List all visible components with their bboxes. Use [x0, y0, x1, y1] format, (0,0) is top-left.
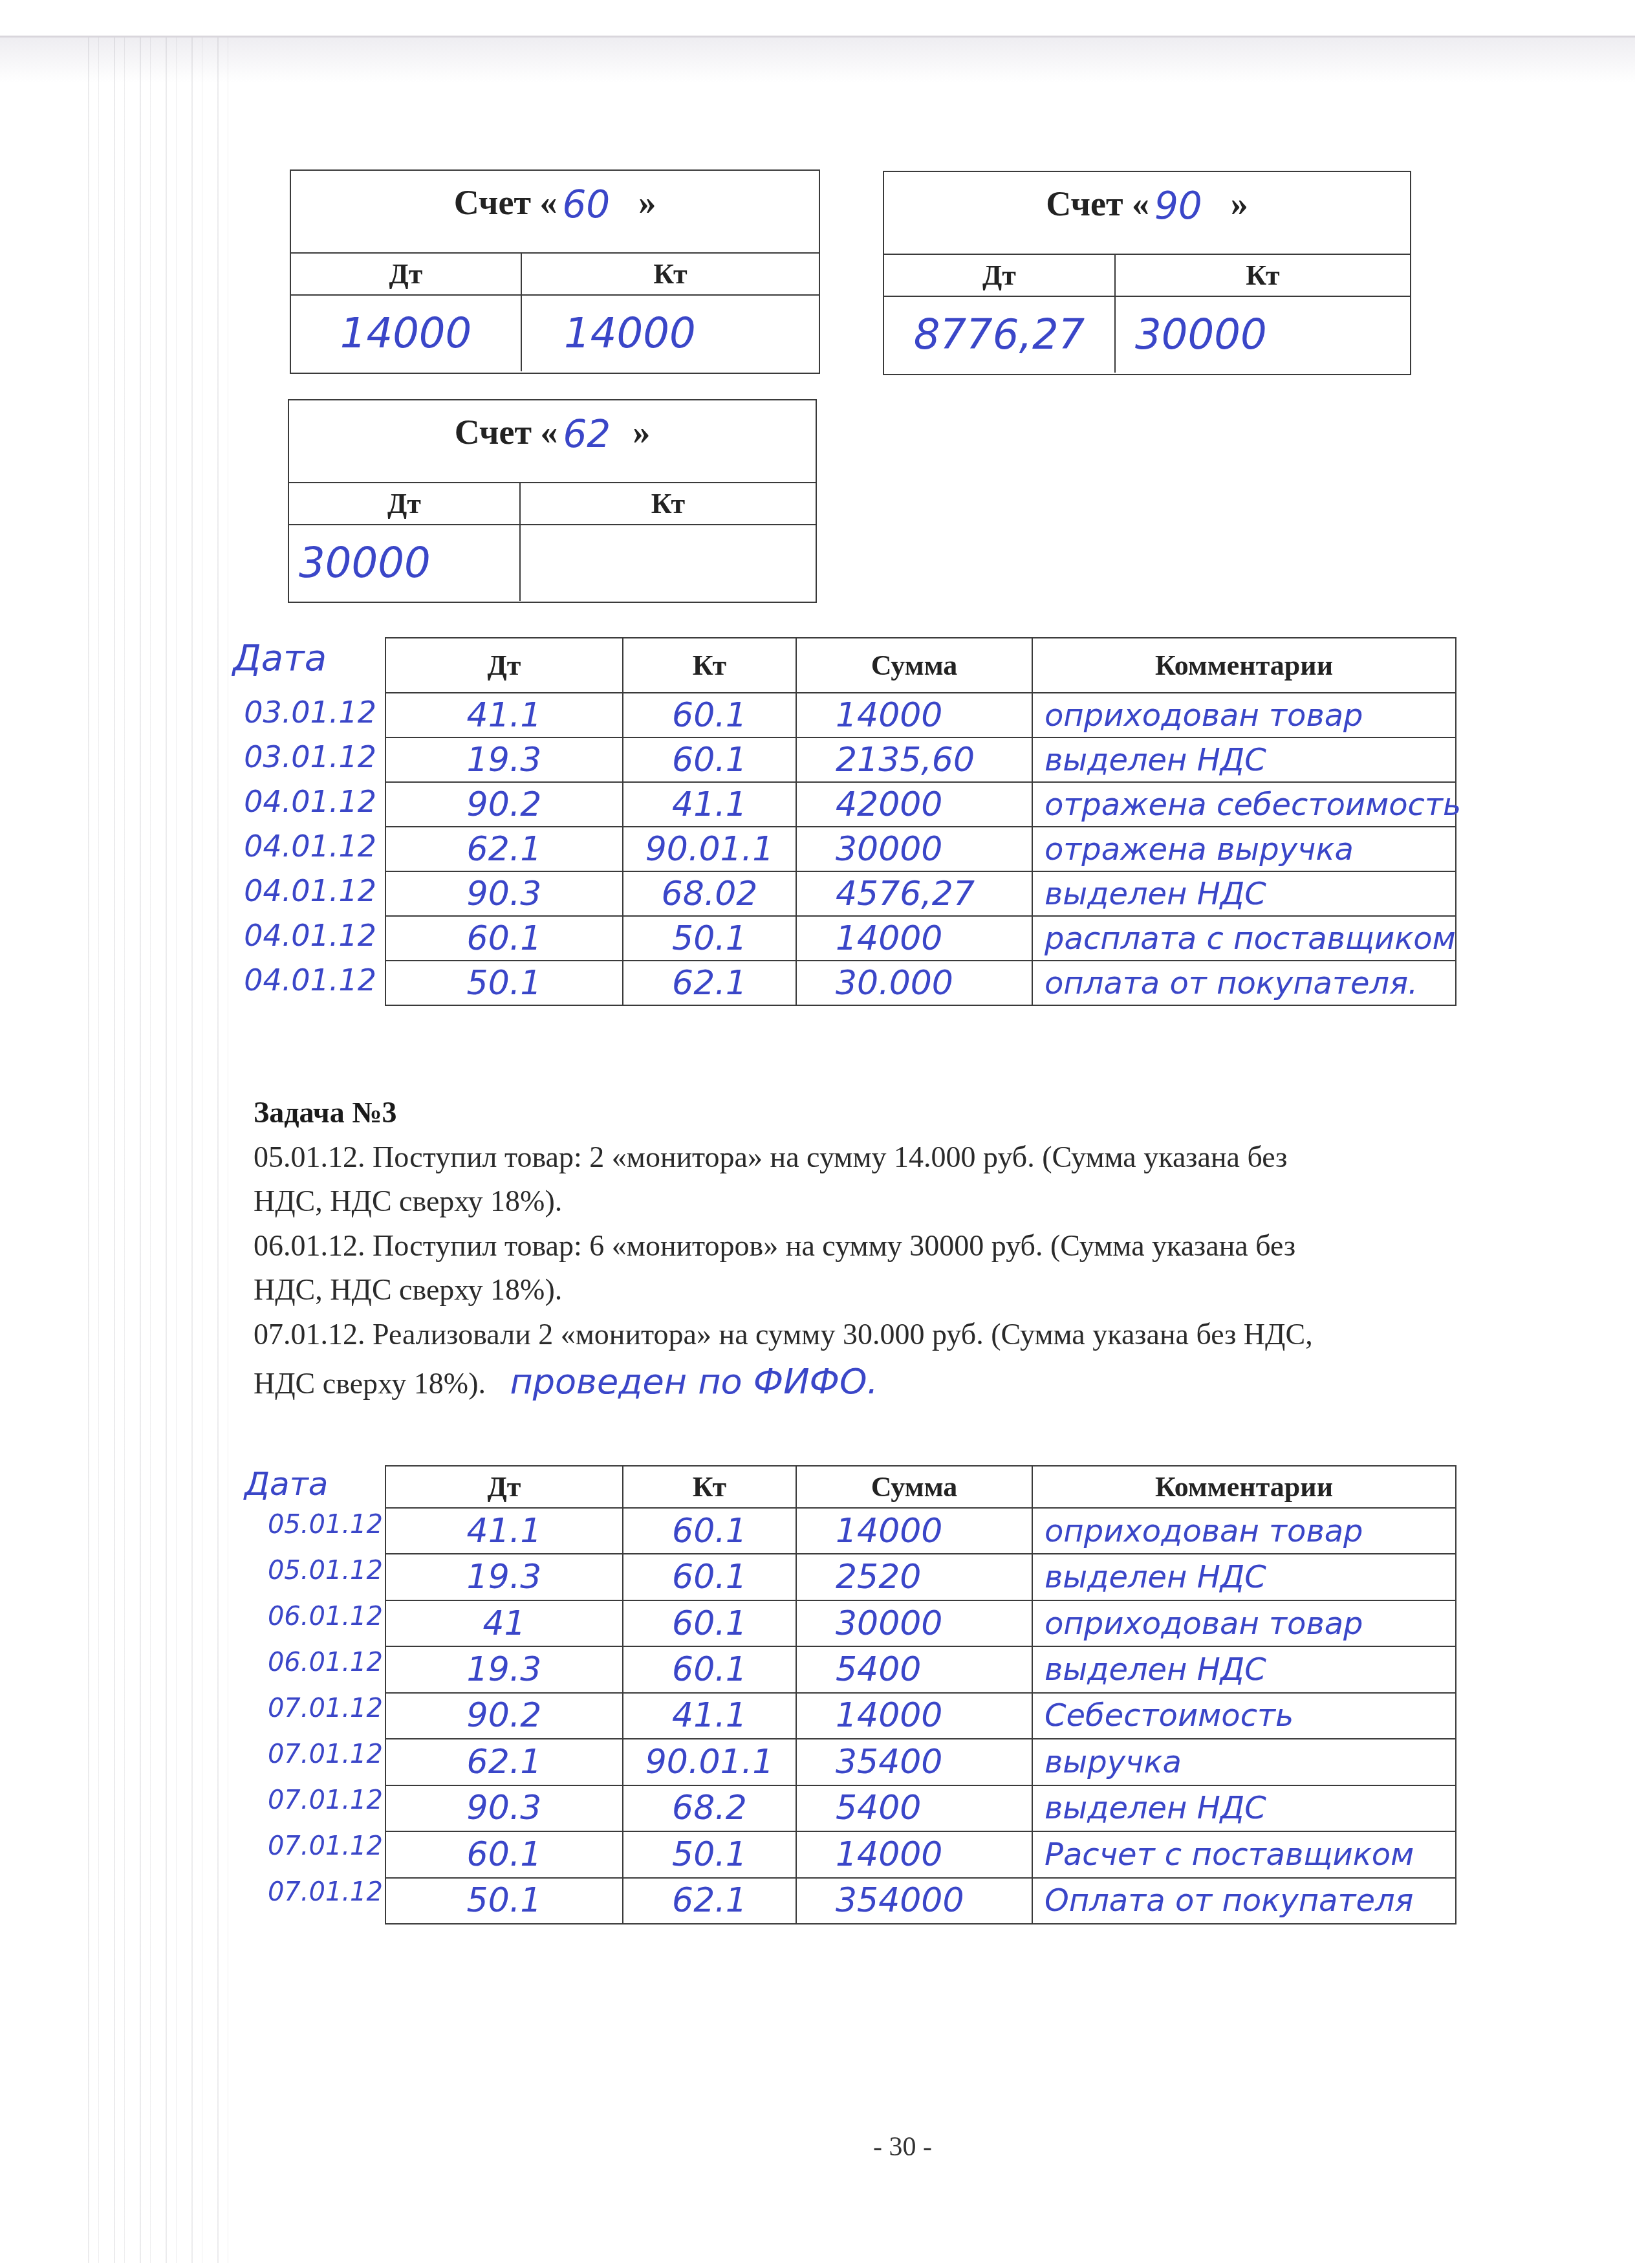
cell-comment: оприходован товар — [1032, 1600, 1456, 1646]
row-date: 03.01.12 — [244, 695, 376, 730]
task-line: НДС, НДС сверху 18%). — [254, 1184, 562, 1218]
task-line: 05.01.12. Поступил товар: 2 «монитора» н… — [254, 1140, 1287, 1174]
cell-dt: 19.3 — [385, 1554, 623, 1600]
cell-kt: 62.1 — [623, 1878, 796, 1925]
t-account-values-row: 30000 — [289, 525, 816, 601]
journal2-dates: 05.01.1205.01.1206.01.1206.01.1207.01.12… — [233, 1507, 383, 1925]
cell-sum: 5400 — [796, 1785, 1032, 1831]
cell-kt: 60.1 — [623, 693, 796, 737]
debit-label: Дт — [291, 254, 522, 294]
cell-kt: 50.1 — [623, 1831, 796, 1877]
cell-comment: выделен НДС — [1032, 871, 1456, 916]
task-line-last: НДС сверху 18%). проведен по ФИФО. — [254, 1361, 878, 1402]
t-account-62: Счет « 62 » Дт Кт 30000 — [288, 399, 817, 603]
header-dt: Дт — [385, 1466, 623, 1508]
cell-kt: 90.01.1 — [623, 827, 796, 871]
t-account-values-row: 8776,27 30000 — [884, 297, 1410, 373]
journal-row: 50.162.130.000оплата от покупателя. — [385, 961, 1456, 1005]
cell-kt: 68.2 — [623, 1785, 796, 1831]
header-comment: Комментарии — [1032, 638, 1456, 693]
cell-dt: 50.1 — [385, 961, 623, 1005]
cell-kt: 90.01.1 — [623, 1739, 796, 1785]
cell-dt: 62.1 — [385, 1739, 623, 1785]
cell-sum: 42000 — [796, 782, 1032, 827]
journal2-table: Дт Кт Сумма Комментарии 41.160.114000опр… — [385, 1465, 1456, 1925]
cell-dt: 60.1 — [385, 916, 623, 961]
t-account-60: Счет « 60 » Дт Кт 14000 14000 — [290, 169, 820, 374]
journal-row: 90.241.114000Себестоимость — [385, 1693, 1456, 1739]
t-account-title: Счет « 62 » — [289, 400, 816, 483]
row-date: 04.01.12 — [244, 784, 376, 819]
cell-dt: 90.3 — [385, 871, 623, 916]
cell-comment: выделен НДС — [1032, 1785, 1456, 1831]
cell-sum: 14000 — [796, 1508, 1032, 1554]
task-line: НДС, НДС сверху 18%). — [254, 1272, 562, 1307]
cell-kt: 68.02 — [623, 871, 796, 916]
cell-comment: Оплата от покупателя — [1032, 1878, 1456, 1925]
page-number: - 30 - — [873, 2132, 932, 2163]
t-account-values-row: 14000 14000 — [291, 296, 819, 371]
cell-dt: 41 — [385, 1600, 623, 1646]
title-suffix: » — [638, 182, 656, 223]
header-comment: Комментарии — [1032, 1466, 1456, 1508]
header-kt: Кт — [623, 1466, 796, 1508]
cell-comment: оприходован товар — [1032, 1508, 1456, 1554]
task-line: 06.01.12. Поступил товар: 6 «мониторов» … — [254, 1228, 1295, 1263]
journal-row: 62.190.01.135400выручка — [385, 1739, 1456, 1785]
journal-row: 4160.130000оприходован товар — [385, 1600, 1456, 1646]
cell-dt: 60.1 — [385, 1831, 623, 1877]
account-number: 62 — [563, 412, 611, 456]
cell-kt: 62.1 — [623, 961, 796, 1005]
cell-kt: 60.1 — [623, 1508, 796, 1554]
cell-dt: 62.1 — [385, 827, 623, 871]
cell-comment: Расчет с поставщиком — [1032, 1831, 1456, 1877]
cell-dt: 41.1 — [385, 693, 623, 737]
journal-row: 60.150.114000расплата с поставщиком — [385, 916, 1456, 961]
t-account-header-row: Дт Кт — [884, 255, 1410, 297]
task-line: 07.01.12. Реализовали 2 «монитора» на су… — [254, 1317, 1313, 1351]
cell-sum: 35400 — [796, 1739, 1032, 1785]
task-line-text: НДС сверху 18%). — [254, 1367, 486, 1400]
cell-comment: оплата от покупателя. — [1032, 961, 1456, 1005]
cell-sum: 14000 — [796, 1693, 1032, 1739]
journal-row: 41.160.114000оприходован товар — [385, 693, 1456, 737]
cell-comment: выделен НДС — [1032, 1646, 1456, 1692]
handwritten-note: проведен по ФИФО. — [510, 1361, 878, 1402]
header-sum: Сумма — [796, 1466, 1032, 1508]
cell-kt: 41.1 — [623, 782, 796, 827]
title-prefix: Счет « — [1046, 184, 1149, 224]
cell-dt: 19.3 — [385, 1646, 623, 1692]
row-date: 07.01.12 — [268, 1877, 383, 1907]
title-suffix: » — [1231, 184, 1248, 224]
header-dt: Дт — [385, 638, 623, 693]
cell-comment: выручка — [1032, 1739, 1456, 1785]
cell-dt: 90.2 — [385, 782, 623, 827]
title-prefix: Счет « — [455, 412, 558, 452]
row-date: 04.01.12 — [244, 963, 376, 998]
journal-header-row: Дт Кт Сумма Комментарии — [385, 1466, 1456, 1508]
cell-comment: отражена себестоимость — [1032, 782, 1456, 827]
journal1-table: Дт Кт Сумма Комментарии 41.160.114000опр… — [385, 637, 1456, 1006]
row-date: 07.01.12 — [268, 1694, 383, 1723]
row-date: 07.01.12 — [268, 1831, 383, 1861]
debit-value: 14000 — [291, 296, 522, 371]
cell-kt: 60.1 — [623, 1554, 796, 1600]
credit-value: 30000 — [1116, 297, 1410, 373]
t-account-title: Счет « 90 » — [884, 172, 1410, 255]
cell-sum: 2520 — [796, 1554, 1032, 1600]
cell-sum: 5400 — [796, 1646, 1032, 1692]
row-date: 07.01.12 — [268, 1739, 383, 1769]
journal-row: 19.360.15400выделен НДС — [385, 1646, 1456, 1692]
debit-value: 8776,27 — [884, 297, 1116, 373]
journal-row: 41.160.114000оприходован товар — [385, 1508, 1456, 1554]
credit-value — [521, 525, 816, 601]
journal-row: 50.162.1354000Оплата от покупателя — [385, 1878, 1456, 1925]
journal-row: 90.368.25400выделен НДС — [385, 1785, 1456, 1831]
journal1-date-label: Дата — [233, 637, 327, 679]
row-date: 04.01.12 — [244, 873, 376, 908]
cell-dt: 90.3 — [385, 1785, 623, 1831]
row-date: 04.01.12 — [244, 918, 376, 953]
cell-sum: 14000 — [796, 916, 1032, 961]
t-account-90: Счет « 90 » Дт Кт 8776,27 30000 — [883, 171, 1411, 375]
journal-row: 90.368.024576,27выделен НДС — [385, 871, 1456, 916]
cell-comment: расплата с поставщиком — [1032, 916, 1456, 961]
journal-row: 60.150.114000Расчет с поставщиком — [385, 1831, 1456, 1877]
row-date: 07.01.12 — [268, 1785, 383, 1815]
row-date: 06.01.12 — [268, 1648, 383, 1677]
cell-sum: 2135,60 — [796, 737, 1032, 782]
row-date: 05.01.12 — [268, 1556, 383, 1586]
cell-comment: Себестоимость — [1032, 1693, 1456, 1739]
debit-label: Дт — [289, 483, 521, 524]
cell-dt: 41.1 — [385, 1508, 623, 1554]
cell-comment: выделен НДС — [1032, 1554, 1456, 1600]
journal-row: 90.241.142000отражена себестоимость — [385, 782, 1456, 827]
task-title: Задача №3 — [254, 1095, 396, 1129]
journal1-dates: 03.01.1203.01.1204.01.1204.01.1204.01.12… — [168, 692, 376, 1006]
credit-value: 14000 — [522, 296, 819, 371]
journal2-date-label: Дата — [244, 1465, 328, 1503]
row-date: 04.01.12 — [244, 829, 376, 864]
row-date: 05.01.12 — [268, 1510, 383, 1540]
debit-label: Дт — [884, 255, 1116, 296]
cell-sum: 30.000 — [796, 961, 1032, 1005]
credit-label: Кт — [1116, 255, 1410, 296]
cell-comment: оприходован товар — [1032, 693, 1456, 737]
cell-comment: отражена выручка — [1032, 827, 1456, 871]
row-date: 06.01.12 — [268, 1602, 383, 1631]
cell-sum: 14000 — [796, 1831, 1032, 1877]
debit-value: 30000 — [289, 525, 521, 601]
cell-sum: 30000 — [796, 1600, 1032, 1646]
cell-dt: 90.2 — [385, 1693, 623, 1739]
cell-sum: 30000 — [796, 827, 1032, 871]
cell-kt: 60.1 — [623, 737, 796, 782]
journal-header-row: Дт Кт Сумма Комментарии — [385, 638, 1456, 693]
cell-dt: 19.3 — [385, 737, 623, 782]
header-sum: Сумма — [796, 638, 1032, 693]
t-account-title: Счет « 60 » — [291, 171, 819, 254]
credit-label: Кт — [522, 254, 819, 294]
cell-comment: выделен НДС — [1032, 737, 1456, 782]
t-account-header-row: Дт Кт — [291, 254, 819, 296]
cell-sum: 354000 — [796, 1878, 1032, 1925]
row-date: 03.01.12 — [244, 739, 376, 774]
journal-row: 19.360.12135,60выделен НДС — [385, 737, 1456, 782]
cell-kt: 60.1 — [623, 1600, 796, 1646]
cell-sum: 4576,27 — [796, 871, 1032, 916]
cell-sum: 14000 — [796, 693, 1032, 737]
title-suffix: » — [633, 412, 650, 452]
title-prefix: Счет « — [454, 182, 558, 223]
t-account-header-row: Дт Кт — [289, 483, 816, 525]
scan-shadow — [0, 38, 1635, 83]
cell-dt: 50.1 — [385, 1878, 623, 1925]
credit-label: Кт — [521, 483, 816, 524]
journal-row: 19.360.12520выделен НДС — [385, 1554, 1456, 1600]
journal-row: 62.190.01.130000отражена выручка — [385, 827, 1456, 871]
scan-streaks — [84, 38, 239, 2263]
cell-kt: 60.1 — [623, 1646, 796, 1692]
cell-kt: 41.1 — [623, 1693, 796, 1739]
account-number: 60 — [562, 182, 610, 226]
cell-kt: 50.1 — [623, 916, 796, 961]
header-kt: Кт — [623, 638, 796, 693]
account-number: 90 — [1154, 184, 1202, 228]
